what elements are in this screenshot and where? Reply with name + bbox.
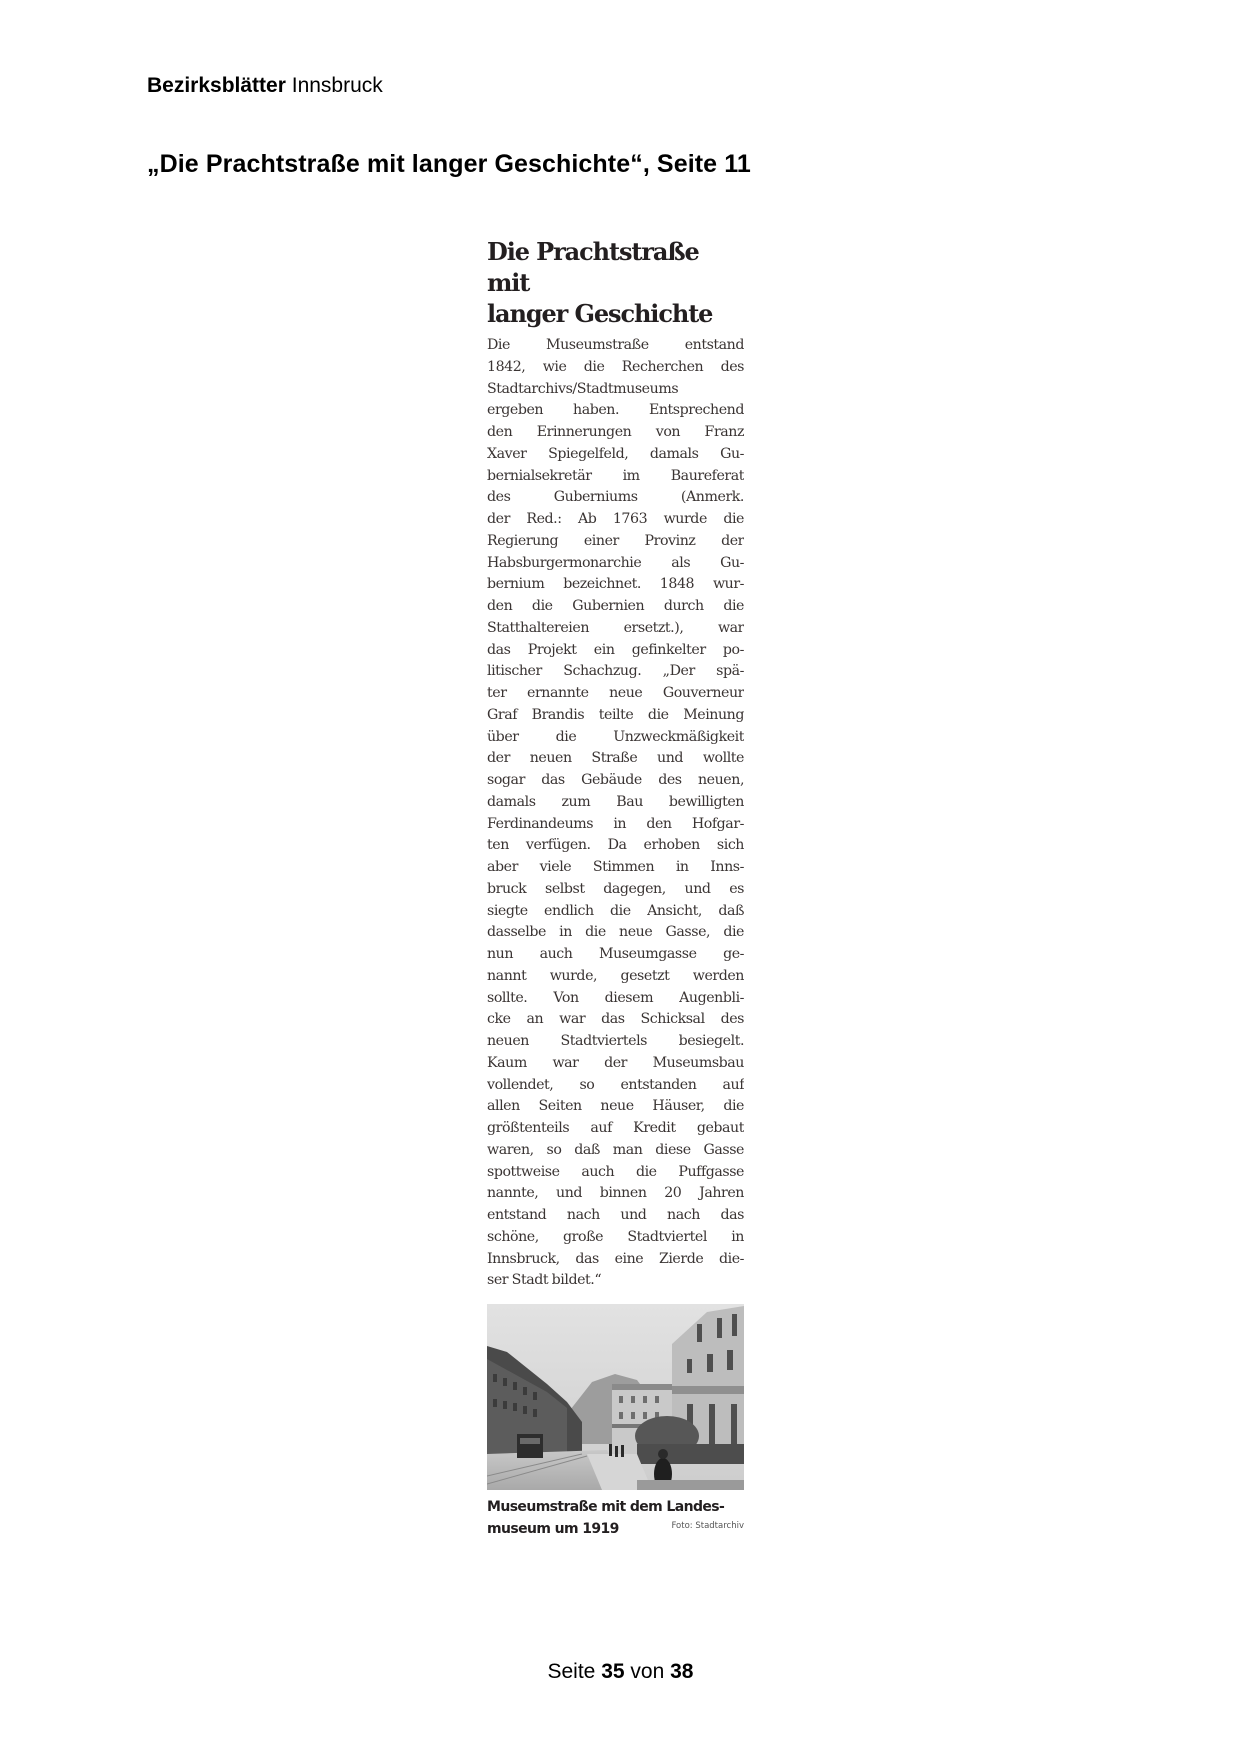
page-footer: Seite 35 von 38 (0, 1659, 1241, 1685)
body-line: des Guberniums (Anmerk. (487, 487, 744, 509)
total-pages: 38 (670, 1660, 693, 1683)
article-headline: Die Prachtstraße mit langer Geschichte (487, 236, 744, 329)
body-line: 1842, wie die Recherchen des (487, 357, 744, 379)
current-page-number: 35 (601, 1660, 624, 1683)
body-line: der neuen Straße und wollte (487, 748, 744, 770)
body-line: ser Stadt bildet.“ (487, 1270, 744, 1292)
body-line: nannte, und binnen 20 Jahren (487, 1183, 744, 1205)
body-line: Ferdinandeums in den Hofgar- (487, 814, 744, 836)
body-line: aber viele Stimmen in Inns- (487, 857, 744, 879)
body-line: waren, so daß man diese Gasse (487, 1140, 744, 1162)
historical-photo (487, 1304, 744, 1490)
newspaper-clipping: Die Prachtstraße mit langer Geschichte D… (487, 236, 744, 1540)
body-line: Statthaltereien ersetzt.), war (487, 618, 744, 640)
body-line: siegte endlich die Ansicht, daß (487, 901, 744, 923)
source-line: Bezirksblätter Innsbruck (147, 73, 383, 99)
body-line: entstand nach und nach das (487, 1205, 744, 1227)
body-line: dasselbe in die neue Gasse, die (487, 922, 744, 944)
headline-line: langer Geschichte (487, 298, 744, 329)
body-line: bernium bezeichnet. 1848 wur- (487, 574, 744, 596)
body-line: damals zum Bau bewilligten (487, 792, 744, 814)
body-line: Kaum war der Museumsbau (487, 1053, 744, 1075)
photo-credit: Foto: Stadtarchiv (671, 1515, 744, 1537)
body-line: ten verfügen. Da erhoben sich (487, 835, 744, 857)
publication-name: Bezirksblätter (147, 74, 286, 97)
page-label: Seite (548, 1660, 596, 1683)
body-line: den die Gubernien durch die (487, 596, 744, 618)
body-line: Regierung einer Provinz der (487, 531, 744, 553)
body-line: Stadtarchivs/Stadtmuseums (487, 379, 744, 401)
body-line: sogar das Gebäude des neuen, (487, 770, 744, 792)
body-line: spottweise auch die Puffgasse (487, 1162, 744, 1184)
page-separator: von (630, 1660, 664, 1683)
body-line: bruck selbst dagegen, und es (487, 879, 744, 901)
body-line: nun auch Museumgasse ge- (487, 944, 744, 966)
clipping-title: „Die Prachtstraße mit langer Geschichte“… (147, 149, 751, 179)
body-line: nannt wurde, gesetzt werden (487, 966, 744, 988)
body-line: Die Museumstraße entstand (487, 335, 744, 357)
article-body: Die Museumstraße entstand 1842, wie die … (487, 335, 744, 1292)
body-line: neuen Stadtviertels besiegelt. (487, 1031, 744, 1053)
body-line: Habsburgermonarchie als Gu- (487, 553, 744, 575)
body-line: bernialsekretär im Baureferat (487, 466, 744, 488)
body-line: ter ernannte neue Gouverneur (487, 683, 744, 705)
body-line: Graf Brandis teilte die Meinung (487, 705, 744, 727)
body-line: litischer Schachzug. „Der spä- (487, 661, 744, 683)
body-line: Innsbruck, das eine Zierde die- (487, 1249, 744, 1271)
body-line: ergeben haben. Entsprechend (487, 400, 744, 422)
body-line: das Projekt ein gefinkelter po- (487, 640, 744, 662)
headline-line: Die Prachtstraße mit (487, 236, 744, 298)
body-line: der Red.: Ab 1763 wurde die (487, 509, 744, 531)
body-line: größtenteils auf Kredit gebaut (487, 1118, 744, 1140)
body-line: den Erinnerungen von Franz (487, 422, 744, 444)
body-line: schöne, große Stadtviertel in (487, 1227, 744, 1249)
body-line: Xaver Spiegelfeld, damals Gu- (487, 444, 744, 466)
photo-caption: Museumstraße mit dem Landes- museum um 1… (487, 1496, 744, 1540)
body-line: allen Seiten neue Häuser, die (487, 1096, 744, 1118)
body-line: über die Unzweckmäßigkeit (487, 727, 744, 749)
edition-name: Innsbruck (292, 74, 383, 97)
body-line: sollte. Von diesem Augenbli- (487, 988, 744, 1010)
street-scene-image (487, 1304, 744, 1490)
body-line: cke an war das Schicksal des (487, 1009, 744, 1031)
body-line: vollendet, so entstanden auf (487, 1075, 744, 1097)
